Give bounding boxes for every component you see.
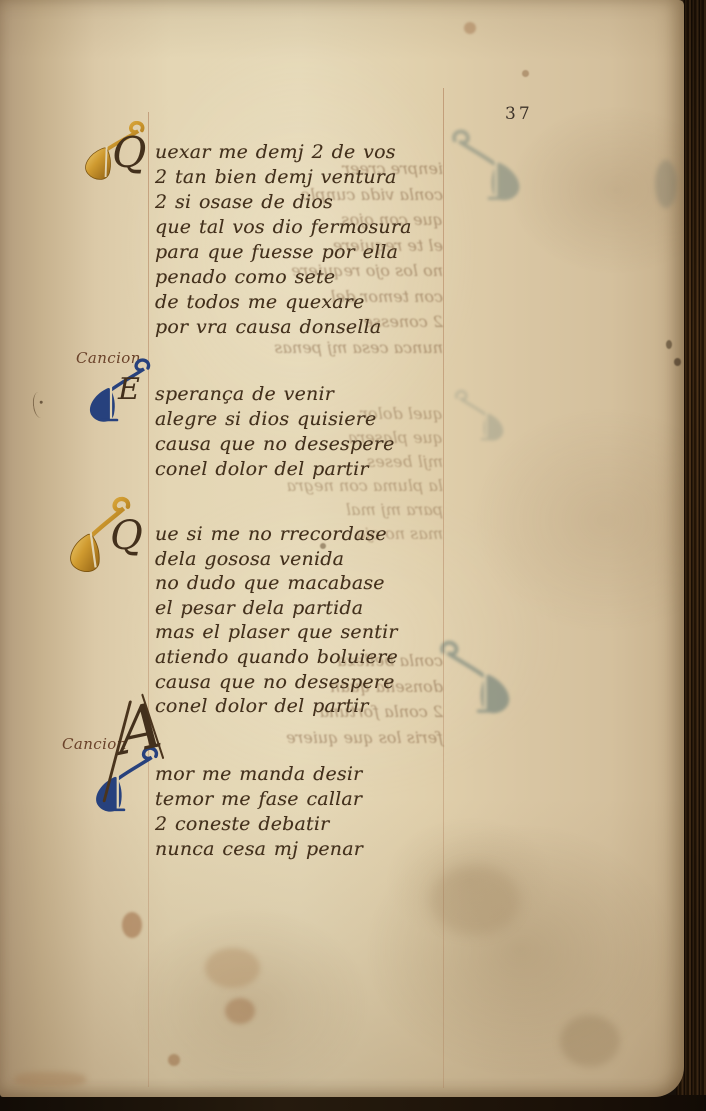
stanza: Cancion E sperança de veniralegre si dio… — [0, 348, 684, 490]
verse-line: dela gososa venida — [155, 547, 398, 572]
verse-line: causa que no desespere — [155, 432, 395, 457]
verse-line: mas el plaser que sentir — [155, 620, 398, 645]
stanza-initial: Q — [110, 516, 143, 556]
verse-line: conel dolor del partir — [155, 457, 395, 482]
verse-lines: mor me manda desirtemor me fase callar2 … — [155, 762, 363, 862]
verse-line: atiendo quando boluiere — [155, 645, 398, 670]
verse-line: el pesar dela partida — [155, 596, 398, 621]
stain — [168, 1054, 180, 1066]
verse-line: no dudo que macabase — [155, 571, 398, 596]
manuscript-page: 37 ienpre creerconla vida cunploque con … — [0, 0, 684, 1097]
verse-line: causa que no desespere — [155, 670, 398, 695]
verse-line: nunca cesa mj penar — [155, 837, 363, 862]
verse-line: penado como sete — [155, 265, 412, 290]
verse-line: de todos me quexare — [155, 290, 412, 315]
stanza-initial: E — [118, 375, 140, 405]
stain — [225, 998, 255, 1024]
stanza-initial: A — [116, 693, 164, 765]
stain — [464, 22, 476, 34]
verse-line: que tal vos dio fermosura — [155, 215, 412, 240]
stanza: Q uexar me demj 2 de vos2 tan bien demj … — [0, 118, 684, 350]
manuscript-photo: 37 ienpre creerconla vida cunploque con … — [0, 0, 706, 1111]
stanza-initial: Q — [112, 132, 146, 174]
stain — [205, 948, 260, 988]
stain — [560, 1015, 620, 1067]
verse-lines: sperança de veniralegre si dios quisiere… — [155, 382, 395, 482]
verse-line: alegre si dios quisiere — [155, 407, 395, 432]
verse-lines: ue si me no rrecordasedela gososa venida… — [155, 522, 398, 719]
verse-line: 2 tan bien demj ventura — [155, 165, 412, 190]
verse-line: por vra causa donsella — [155, 315, 412, 340]
stain — [522, 70, 529, 77]
verse-line: 2 coneste debatir — [155, 812, 363, 837]
verse-line: 2 si osase de dios — [155, 190, 412, 215]
verse-line: mor me manda desir — [155, 762, 363, 787]
stain — [14, 1072, 86, 1087]
verse-lines: uexar me demj 2 de vos2 tan bien demj ve… — [155, 140, 412, 340]
book-bottom-edge — [0, 1095, 706, 1111]
stanza: Q ue si me no rrecordasedela gososa veni… — [0, 500, 684, 712]
verse-line: sperança de venir — [155, 382, 395, 407]
stain — [122, 912, 142, 938]
verse-line: temor me fase callar — [155, 787, 363, 812]
verse-line: ue si me no rrecordase — [155, 522, 398, 547]
stanza: Cancion A mor me manda desirtemor me fas… — [0, 698, 684, 873]
verse-line: para que fuesse por ella — [155, 240, 412, 265]
verse-line: uexar me demj 2 de vos — [155, 140, 412, 165]
